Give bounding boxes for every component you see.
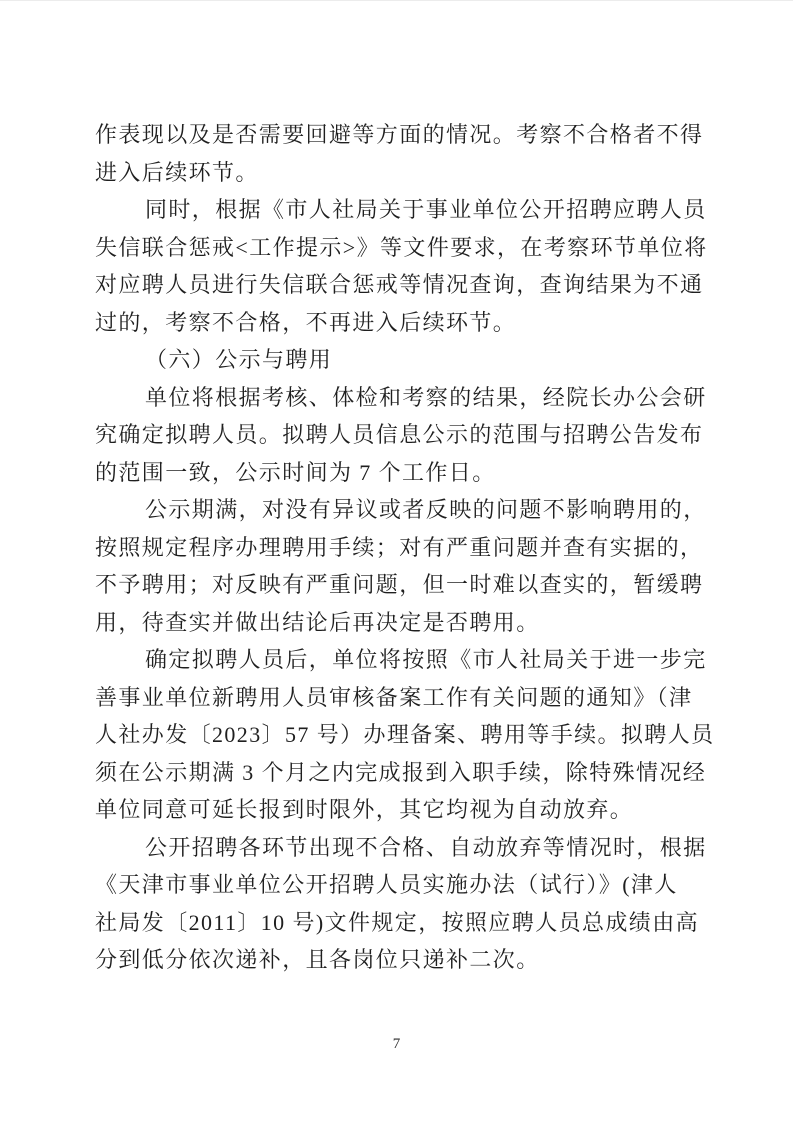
section-heading: （六）公示与聘用 xyxy=(95,341,707,379)
document-page: 作表现以及是否需要回避等方面的情况。考察不合格者不得 进入后续环节。 同时，根据… xyxy=(0,0,793,1122)
text-line: 确定拟聘人员后，单位将按照《市人社局关于进一步完 xyxy=(95,641,707,679)
page-number: 7 xyxy=(0,1034,793,1054)
text-line: 的范围一致，公示时间为 7 个工作日。 xyxy=(95,454,707,492)
text-line: 按照规定程序办理聘用手续；对有严重问题并查有实据的， xyxy=(95,529,707,567)
text-line: 单位同意可延长报到时限外，其它均视为自动放弃。 xyxy=(95,791,707,829)
text-line: 须在公示期满 3 个月之内完成报到入职手续，除特殊情况经 xyxy=(95,754,707,792)
text-line: 究确定拟聘人员。拟聘人员信息公示的范围与招聘公告发布 xyxy=(95,416,707,454)
text-line: 用，待查实并做出结论后再决定是否聘用。 xyxy=(95,604,707,642)
text-content: 作表现以及是否需要回避等方面的情况。考察不合格者不得 进入后续环节。 同时，根据… xyxy=(95,116,707,979)
text-line: 过的，考察不合格，不再进入后续环节。 xyxy=(95,304,707,342)
text-line: 进入后续环节。 xyxy=(95,154,707,192)
text-line: 公开招聘各环节出现不合格、自动放弃等情况时，根据 xyxy=(95,829,707,867)
text-line: 作表现以及是否需要回避等方面的情况。考察不合格者不得 xyxy=(95,116,707,154)
text-line: 人社办发〔2023〕57 号）办理备案、聘用等手续。拟聘人员 xyxy=(95,716,707,754)
text-line: 单位将根据考核、体检和考察的结果，经院长办公会研 xyxy=(95,379,707,417)
text-line: 同时，根据《市人社局关于事业单位公开招聘应聘人员 xyxy=(95,191,707,229)
text-line: 分到低分依次递补，且各岗位只递补二次。 xyxy=(95,941,707,979)
text-line: 对应聘人员进行失信联合惩戒等情况查询，查询结果为不通 xyxy=(95,266,707,304)
text-line: 社局发〔2011〕10 号)文件规定，按照应聘人员总成绩由高 xyxy=(95,904,707,942)
text-line: 公示期满，对没有异议或者反映的问题不影响聘用的， xyxy=(95,491,707,529)
text-line: 不予聘用；对反映有严重问题，但一时难以查实的，暂缓聘 xyxy=(95,566,707,604)
text-line: 《天津市事业单位公开招聘人员实施办法（试行）》(津人 xyxy=(95,866,707,904)
text-line: 失信联合惩戒<工作提示>》等文件要求，在考察环节单位将 xyxy=(95,229,707,267)
text-line: 善事业单位新聘用人员审核备案工作有关问题的通知》（津 xyxy=(95,679,707,717)
